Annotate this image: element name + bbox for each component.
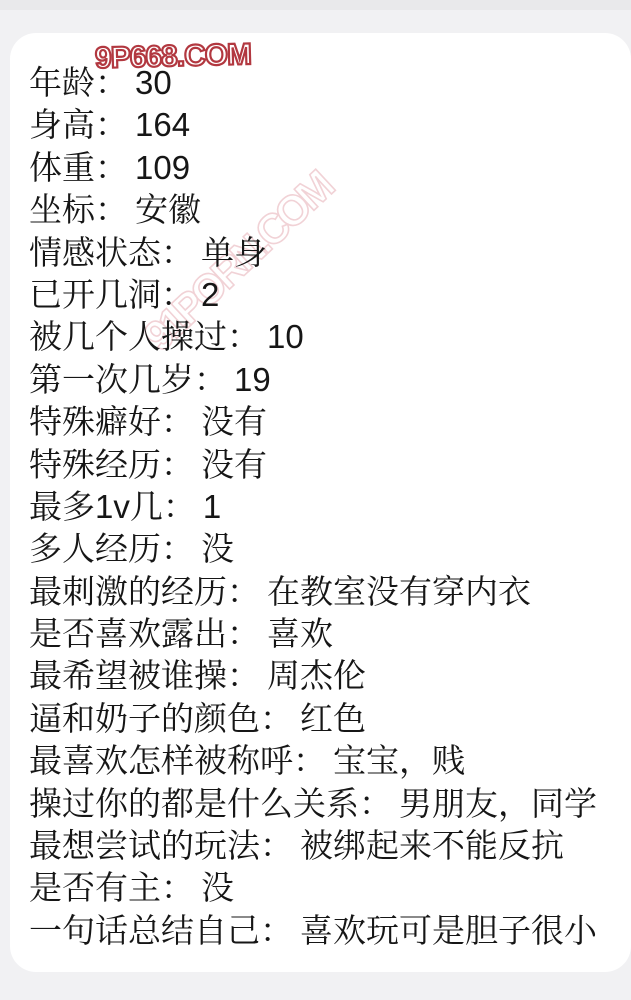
line-label: 坐标 [29, 191, 95, 228]
line-separator: ： [161, 276, 194, 313]
line-value: 在教室没有穿内衣 [267, 573, 531, 610]
line-value: 109 [135, 149, 190, 186]
profile-line: 最多1v几：1 [29, 486, 625, 528]
line-separator: ： [95, 149, 128, 186]
line-label: 最希望被谁操 [29, 657, 227, 694]
line-label: 体重 [29, 149, 95, 186]
profile-line: 是否喜欢露出：喜欢 [29, 613, 625, 655]
line-value: 没有 [201, 403, 267, 440]
line-separator: ： [227, 615, 260, 652]
line-label: 第一次几岁 [29, 361, 194, 398]
line-value: 喜欢 [267, 615, 333, 652]
line-label: 多人经历 [29, 530, 161, 567]
profile-line: 坐标：安徽 [29, 189, 625, 231]
line-label: 操过你的都是什么关系 [29, 785, 359, 822]
line-separator: ： [161, 530, 194, 567]
line-label: 情感状态 [29, 234, 161, 271]
profile-line: 是否有主：没 [29, 867, 625, 909]
line-separator: ： [227, 318, 260, 355]
line-label: 一句话总结自己 [29, 912, 260, 949]
line-value: 被绑起来不能反抗 [300, 827, 564, 864]
line-value: 1 [203, 488, 221, 525]
line-label: 是否有主 [29, 869, 161, 906]
line-label: 逼和奶子的颜色 [29, 700, 260, 737]
line-label: 被几个人操过 [29, 318, 227, 355]
line-value: 2 [201, 276, 219, 313]
line-value: 19 [234, 361, 271, 398]
line-label: 最多1v几 [29, 488, 163, 525]
line-value: 没 [201, 530, 234, 567]
profile-line: 被几个人操过：10 [29, 316, 625, 358]
profile-line: 多人经历：没 [29, 528, 625, 570]
line-value: 男朋友，同学 [399, 785, 597, 822]
line-value: 宝宝，贱 [333, 742, 465, 779]
line-separator: ： [161, 234, 194, 271]
profile-line: 最想尝试的玩法：被绑起来不能反抗 [29, 825, 625, 867]
line-separator: ： [163, 488, 196, 525]
line-label: 最喜欢怎样被称呼 [29, 742, 293, 779]
line-separator: ： [95, 191, 128, 228]
line-value: 喜欢玩可是胆子很小 [300, 912, 597, 949]
profile-line: 一句话总结自己：喜欢玩可是胆子很小 [29, 910, 625, 952]
profile-line: 操过你的都是什么关系：男朋友，同学 [29, 783, 625, 825]
line-value: 周杰伦 [267, 657, 366, 694]
line-separator: ： [95, 106, 128, 143]
line-value: 安徽 [135, 191, 201, 228]
line-separator: ： [293, 742, 326, 779]
line-label: 最刺激的经历 [29, 573, 227, 610]
line-separator: ： [161, 869, 194, 906]
profile-line: 第一次几岁：19 [29, 359, 625, 401]
line-value: 10 [267, 318, 304, 355]
line-value: 单身 [201, 234, 267, 271]
profile-line: 最喜欢怎样被称呼：宝宝，贱 [29, 740, 625, 782]
line-value: 164 [135, 106, 190, 143]
line-label: 最想尝试的玩法 [29, 827, 260, 864]
profile-line: 情感状态：单身 [29, 232, 625, 274]
line-separator: ： [161, 446, 194, 483]
line-separator: ： [260, 700, 293, 737]
line-separator: ： [260, 827, 293, 864]
line-value: 红色 [300, 700, 366, 737]
line-value: 没有 [201, 446, 267, 483]
line-separator: ： [359, 785, 392, 822]
line-label: 特殊癖好 [29, 403, 161, 440]
profile-line: 已开几洞：2 [29, 274, 625, 316]
profile-line: 体重：109 [29, 147, 625, 189]
profile-line: 身高：164 [29, 104, 625, 146]
status-bar-strip [0, 0, 631, 10]
profile-line: 特殊癖好：没有 [29, 401, 625, 443]
profile-line: 特殊经历：没有 [29, 444, 625, 486]
profile-lines: 年龄：30身高：164体重：109坐标：安徽情感状态：单身已开几洞：2被几个人操… [29, 62, 625, 952]
line-separator: ： [161, 403, 194, 440]
top-watermark: 9P668.COM [95, 38, 252, 76]
line-label: 身高 [29, 106, 95, 143]
content-card: 91PORN.COM 年龄：30身高：164体重：109坐标：安徽情感状态：单身… [10, 33, 631, 972]
line-separator: ： [260, 912, 293, 949]
line-label: 特殊经历 [29, 446, 161, 483]
line-separator: ： [227, 657, 260, 694]
line-separator: ： [227, 573, 260, 610]
line-value: 没 [201, 869, 234, 906]
line-label: 年龄 [29, 64, 95, 101]
profile-line: 最希望被谁操：周杰伦 [29, 655, 625, 697]
line-label: 已开几洞 [29, 276, 161, 313]
line-separator: ： [194, 361, 227, 398]
profile-line: 最刺激的经历：在教室没有穿内衣 [29, 571, 625, 613]
line-label: 是否喜欢露出 [29, 615, 227, 652]
profile-line: 逼和奶子的颜色：红色 [29, 698, 625, 740]
